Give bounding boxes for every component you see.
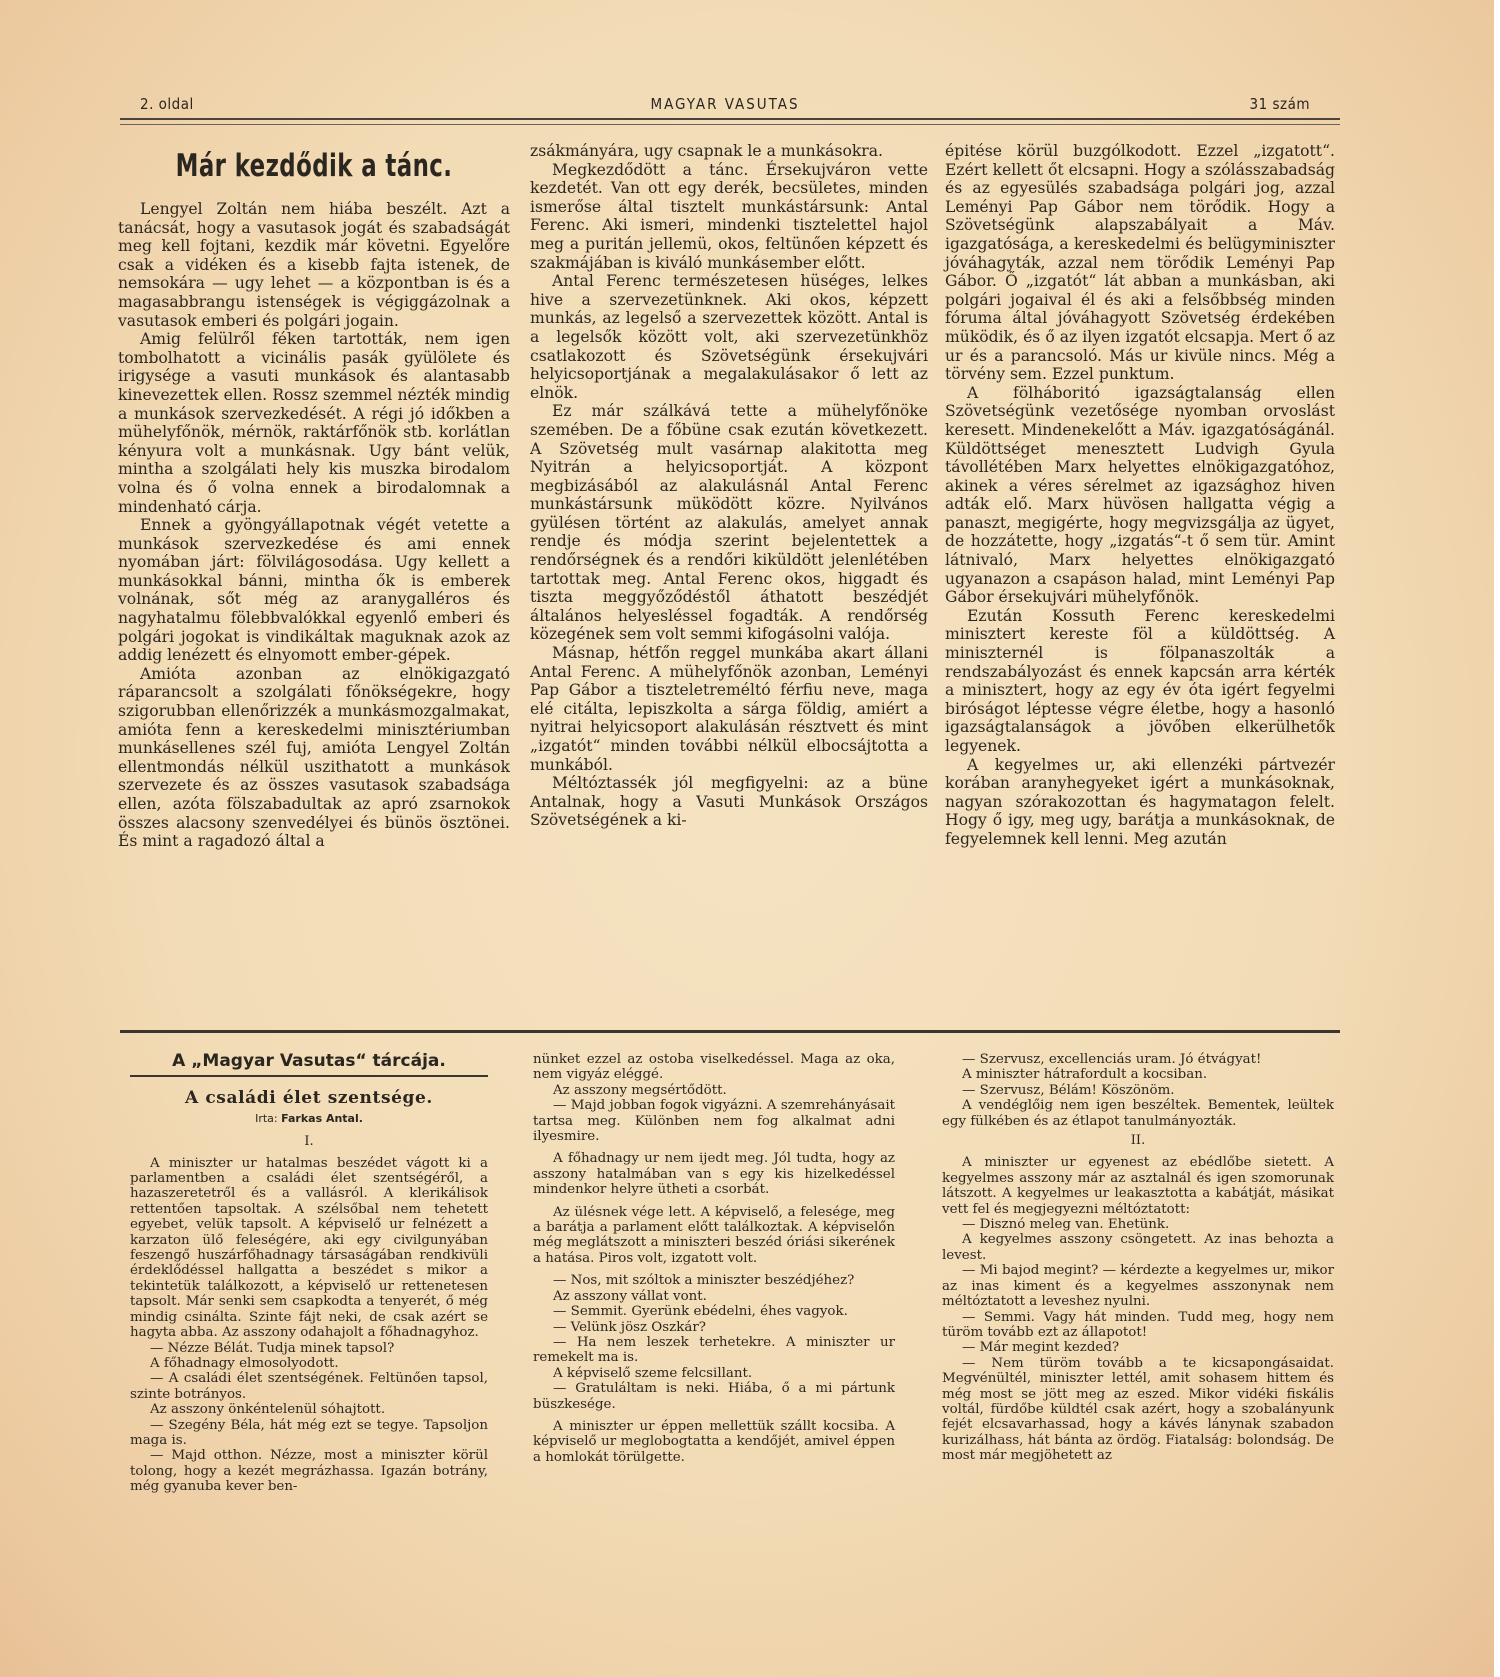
story-paragraph: — Velünk jösz Oszkár? <box>533 1320 895 1335</box>
story-paragraph: — Ha nem leszek terhetekre. A miniszter … <box>533 1335 895 1366</box>
article-paragraph: Másnap, hétfőn reggel munkába akart álla… <box>530 644 928 774</box>
story-paragraph: — Majd jobban fogok vigyázni. A szemrehá… <box>533 1098 895 1144</box>
story-paragraph: — Semmi. Vagy hát minden. Tudd meg, hogy… <box>942 1310 1334 1341</box>
feuilleton-heading: A „Magyar Vasutas“ tárcája. <box>130 1054 488 1077</box>
story-paragraph: Az asszony megsértődött. <box>533 1083 895 1098</box>
story-paragraph: — Majd otthon. Nézze, most a miniszter k… <box>130 1448 488 1494</box>
story-paragraph: A főhadnagy ur nem ijedt meg. Jól tudta,… <box>533 1151 895 1197</box>
story-paragraph: — Semmit. Gyerünk ebédelni, éhes vagyok. <box>533 1304 895 1319</box>
masthead: MAGYAR VASUTAS <box>140 95 1310 113</box>
feuilleton-column-2: nünket ezzel az ostoba viselkedéssel. Ma… <box>533 1052 895 1465</box>
article-paragraph: Ez már szálkává tette a mühelyfőnöke sze… <box>530 402 928 644</box>
story-paragraph: — Mi bajod megint? — kérdezte a kegyelme… <box>942 1263 1334 1309</box>
story-paragraph: — Gratuláltam is neki. Hiába, ő a mi pár… <box>533 1381 895 1412</box>
article-paragraph: épitése körül buzgólkodott. Ezzel „izgat… <box>945 142 1335 384</box>
story-paragraph: Az asszony vállat vont. <box>533 1289 895 1304</box>
story-paragraph: — Nem türöm tovább a te kicsapongásaidat… <box>942 1356 1334 1464</box>
story-title: A családi élet szentsége. <box>130 1091 488 1106</box>
story-paragraph: — Nos, mit szóltok a miniszter beszédjéh… <box>533 1273 895 1288</box>
byline-label: Irta: <box>255 1112 278 1125</box>
article-paragraph: Antal Ferenc természetesen hüséges, lelk… <box>530 272 928 402</box>
article-paragraph: Méltóztassék jól megfigyelni: az a büne … <box>530 774 928 830</box>
article-paragraph: Amióta azonban az elnökigazgató ráparanc… <box>118 665 510 851</box>
story-paragraph: A miniszter ur éppen mellettük szállt ko… <box>533 1419 895 1465</box>
article-paragraph: zsákmányára, ugy csapnak le a munkásokra… <box>530 142 928 161</box>
issue-number: 31 szám <box>1250 95 1310 113</box>
story-paragraph: A miniszter hátrafordult a kocsiban. <box>942 1067 1334 1082</box>
story-paragraph: — Szegény Béla, hát még ezt se tegye. Ta… <box>130 1418 488 1449</box>
feuilleton-column-1: A „Magyar Vasutas“ tárcája. A családi él… <box>130 1054 488 1495</box>
byline-author: Farkas Antal. <box>281 1112 363 1125</box>
story-paragraph: A vendéglőig nem igen beszéltek. Bemente… <box>942 1098 1334 1129</box>
article-paragraph: A kegyelmes ur, aki ellenzéki pártvezér … <box>945 756 1335 849</box>
article-paragraph: Ennek a gyöngyállapotnak végét vetette a… <box>118 516 510 665</box>
page-header: 2. oldal MAGYAR VASUTAS 31 szám <box>140 95 1310 117</box>
story-paragraph: — Nézze Bélát. Tudja minek tapsol? <box>130 1341 488 1356</box>
story-paragraph: Az ülésnek vége lett. A képviselő, a fel… <box>533 1205 895 1267</box>
story-paragraph: — Már megint kezded? <box>942 1340 1334 1355</box>
part-number: II. <box>942 1133 1334 1148</box>
article-paragraph: Megkezdődött a tánc. Érsekujváron vette … <box>530 161 928 273</box>
story-paragraph: A miniszter ur hatalmas beszédet vágott … <box>130 1156 488 1341</box>
section-divider <box>120 1030 1340 1033</box>
newspaper-page: 2. oldal MAGYAR VASUTAS 31 szám Már kezd… <box>0 0 1494 1677</box>
story-paragraph: A főhadnagy elmosolyodott. <box>130 1356 488 1371</box>
header-rule <box>120 118 1340 125</box>
story-paragraph: nünket ezzel az ostoba viselkedéssel. Ma… <box>533 1052 895 1083</box>
story-paragraph: A képviselő szeme felcsillant. <box>533 1366 895 1381</box>
article-paragraph: Amig felülről féken tartották, nem igen … <box>118 330 510 516</box>
article-column-2: zsákmányára, ugy csapnak le a munkásokra… <box>530 142 928 830</box>
part-number: I. <box>130 1134 488 1149</box>
story-paragraph: — Szervusz, excellenciás uram. Jó étvágy… <box>942 1052 1334 1067</box>
story-paragraph: — A családi élet szentségének. Feltünően… <box>130 1371 488 1402</box>
feuilleton-column-3: — Szervusz, excellenciás uram. Jó étvágy… <box>942 1052 1334 1464</box>
story-paragraph: A miniszter ur egyenest az ebédlőbe siet… <box>942 1155 1334 1217</box>
story-paragraph: — Disznó meleg van. Ehetünk. <box>942 1217 1334 1232</box>
article-column-3: épitése körül buzgólkodott. Ezzel „izgat… <box>945 142 1335 849</box>
article-title: Már kezdődik a tánc. <box>153 146 474 186</box>
story-paragraph: — Szervusz, Bélám! Köszönöm. <box>942 1083 1334 1098</box>
byline: Irta: Farkas Antal. <box>130 1111 488 1126</box>
story-paragraph: Az asszony önkéntelenül sóhajtott. <box>130 1402 488 1417</box>
article-paragraph: A fölháboritó igazságtalanság ellen Szöv… <box>945 384 1335 607</box>
article-column-1: Már kezdődik a tánc. Lengyel Zoltán nem … <box>118 140 510 851</box>
story-paragraph: A kegyelmes asszony csöngetett. Az inas … <box>942 1232 1334 1263</box>
article-paragraph: Ezután Kossuth Ferenc kereskedelmi minis… <box>945 607 1335 756</box>
article-paragraph: Lengyel Zoltán nem hiába beszélt. Azt a … <box>118 200 510 330</box>
